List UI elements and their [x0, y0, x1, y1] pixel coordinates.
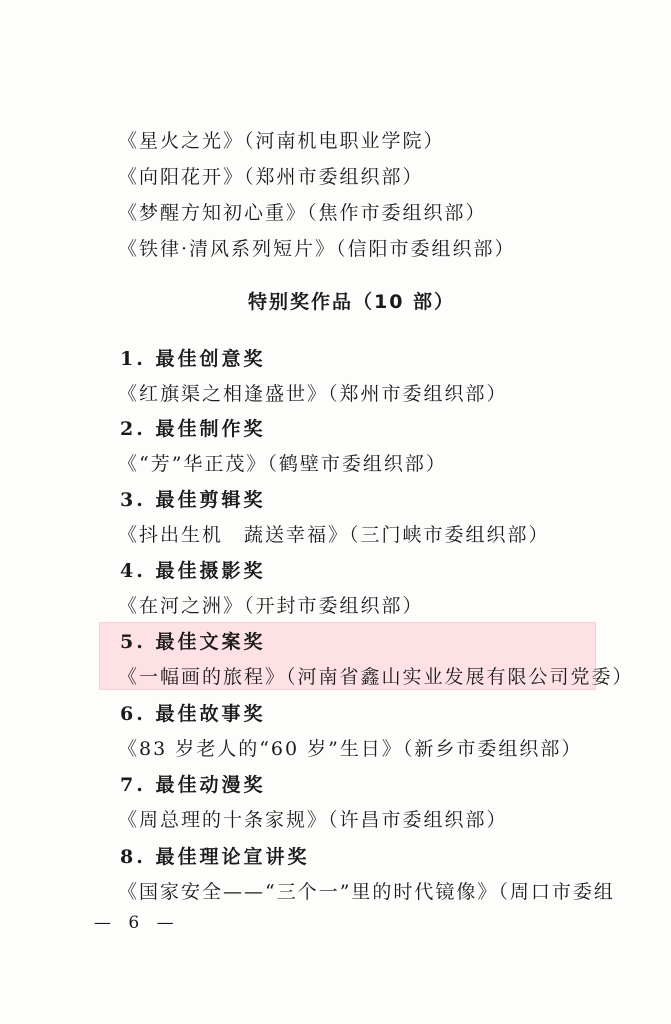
page-number: — 6 — [94, 913, 180, 933]
award-category: 1. 最佳创意奖 [120, 344, 265, 371]
award-category: 8. 最佳理论宣讲奖 [120, 842, 309, 869]
award-work: 《83 岁老人的“60 岁”生日》（新乡市委组织部） [118, 734, 582, 761]
award-work: 《红旗渠之相逢盛世》（郑州市委组织部） [118, 379, 508, 406]
award-work: 《国家安全——“三个一”里的时代镜像》（周口市委组 [118, 877, 615, 904]
award-category: 3. 最佳剪辑奖 [120, 485, 265, 512]
section-title: 特别奖作品（10 部） [248, 287, 455, 314]
award-category: 7. 最佳动漫奖 [120, 770, 265, 797]
award-work: 《“芳”华正茂》（鹤壁市委组织部） [118, 449, 447, 476]
award-category: 2. 最佳制作奖 [120, 414, 265, 441]
award-category: 4. 最佳摄影奖 [120, 556, 265, 583]
award-work: 《周总理的十条家规》（许昌市委组织部） [118, 805, 508, 832]
list-item: 《星火之光》（河南机电职业学院） [118, 126, 445, 153]
award-work: 《在河之洲》（开封市委组织部） [118, 591, 424, 618]
award-work: 《一幅画的旅程》（河南省鑫山实业发展有限公司党委） [118, 662, 634, 689]
list-item: 《梦醒方知初心重》（焦作市委组织部） [118, 198, 487, 225]
list-item: 《向阳花开》（郑州市委组织部） [118, 162, 424, 189]
award-category: 5. 最佳文案奖 [120, 627, 265, 654]
list-item: 《铁律·清风系列短片》（信阳市委组织部） [118, 234, 516, 261]
award-work: 《抖出生机 蔬送幸福》（三门峡市委组织部） [118, 520, 550, 547]
award-category: 6. 最佳故事奖 [120, 699, 265, 726]
